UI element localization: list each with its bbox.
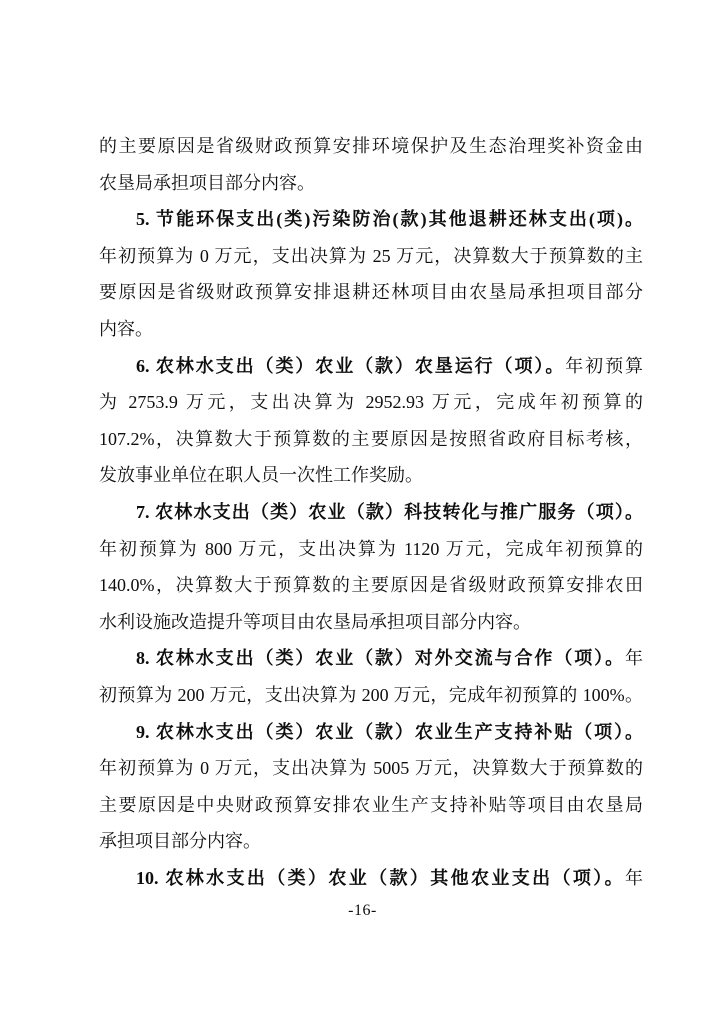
text-line: 年初预算为 800 万元，支出决算为 1120 万元，完成年初预算的 (99, 531, 643, 568)
body-text: 农垦局承担项目部分内容。 (99, 173, 315, 193)
text-line: 水利设施改造提升等项目由农垦局承担项目部分内容。 (99, 604, 643, 641)
body-text: 水利设施改造提升等项目由农垦局承担项目部分内容。 (99, 612, 531, 632)
text-line: 初预算为 200 万元，支出决算为 200 万元，完成年初预算的 100%。 (99, 677, 643, 714)
section-heading-text: 9. 农林水支出（类）农业（款）农业生产支持补贴（项）。 (136, 722, 643, 742)
body-text: 年初预算为 0 万元，支出决算为 25 万元，决算数大于预算数的主 (99, 246, 643, 266)
body-text: 发放事业单位在职人员一次性工作奖励。 (99, 465, 423, 485)
page-footer: -16- (0, 899, 725, 923)
body-text: 为 2753.9 万元，支出决算为 2952.93 万元，完成年初预算的 (99, 392, 643, 412)
text-line: 内容。 (99, 311, 643, 348)
text-line-item-8: 8. 农林水支出（类）农业（款）对外交流与合作（项）。年 (99, 640, 643, 677)
text-line: 要原因是省级财政预算安排退耕还林项目由农垦局承担项目部分 (99, 274, 643, 311)
text-line: 140.0%，决算数大于预算数的主要原因是省级财政预算安排农田 (99, 567, 643, 604)
text-line: 年初预算为 0 万元，支出决算为 5005 万元，决算数大于预算数的 (99, 750, 643, 787)
body-text: 年初预算为 0 万元，支出决算为 5005 万元，决算数大于预算数的 (99, 758, 643, 778)
text-line: 为 2753.9 万元，支出决算为 2952.93 万元，完成年初预算的 (99, 384, 643, 421)
text-line: 的主要原因是省级财政预算安排环境保护及生态治理奖补资金由 (99, 128, 643, 165)
body-text: 107.2%，决算数大于预算数的主要原因是按照省政府目标考核， (99, 429, 643, 449)
document-page: 的主要原因是省级财政预算安排环境保护及生态治理奖补资金由农垦局承担项目部分内容。… (0, 0, 725, 1024)
body-text: 初预算为 200 万元，支出决算为 200 万元，完成年初预算的 100%。 (99, 685, 643, 705)
document-body: 的主要原因是省级财政预算安排环境保护及生态治理奖补资金由农垦局承担项目部分内容。… (99, 128, 643, 896)
body-text: 年初预算为 800 万元，支出决算为 1120 万元，完成年初预算的 (99, 539, 643, 559)
text-line: 发放事业单位在职人员一次性工作奖励。 (99, 457, 643, 494)
body-text: 主要原因是中央财政预算安排农业生产支持补贴等项目由农垦局 (99, 795, 643, 815)
text-line: 主要原因是中央财政预算安排农业生产支持补贴等项目由农垦局 (99, 787, 643, 824)
body-text: 内容。 (99, 319, 153, 339)
body-text: 年 (625, 868, 643, 888)
section-heading-text: 5. 节能环保支出(类)污染防治(款)其他退耕还林支出(项)。 (136, 209, 643, 229)
text-line: 年初预算为 0 万元，支出决算为 25 万元，决算数大于预算数的主 (99, 238, 643, 275)
section-heading-text: 7. 农林水支出（类）农业（款）科技转化与推广服务（项）。 (136, 502, 643, 522)
text-line-item-9: 9. 农林水支出（类）农业（款）农业生产支持补贴（项）。 (99, 714, 643, 751)
text-line-item-10: 10. 农林水支出（类）农业（款）其他农业支出（项）。年 (99, 860, 643, 897)
body-text: 140.0%，决算数大于预算数的主要原因是省级财政预算安排农田 (99, 575, 643, 595)
section-heading-text: 6. 农林水支出（类）农业（款）农垦运行（项）。 (136, 356, 565, 376)
page-number: -16- (348, 902, 377, 919)
section-heading-text: 10. 农林水支出（类）农业（款）其他农业支出（项）。 (136, 868, 625, 888)
body-text: 年 (625, 648, 643, 668)
text-line-item-5: 5. 节能环保支出(类)污染防治(款)其他退耕还林支出(项)。 (99, 201, 643, 238)
section-heading-text: 8. 农林水支出（类）农业（款）对外交流与合作（项）。 (136, 648, 625, 668)
body-text: 要原因是省级财政预算安排退耕还林项目由农垦局承担项目部分 (99, 282, 643, 302)
body-text: 承担项目部分内容。 (99, 831, 261, 851)
text-line-item-6: 6. 农林水支出（类）农业（款）农垦运行（项）。年初预算 (99, 348, 643, 385)
text-line-item-7: 7. 农林水支出（类）农业（款）科技转化与推广服务（项）。 (99, 494, 643, 531)
body-text: 年初预算 (565, 356, 643, 376)
text-line: 承担项目部分内容。 (99, 823, 643, 860)
text-line: 107.2%，决算数大于预算数的主要原因是按照省政府目标考核， (99, 421, 643, 458)
text-line: 农垦局承担项目部分内容。 (99, 165, 643, 202)
body-text: 的主要原因是省级财政预算安排环境保护及生态治理奖补资金由 (99, 136, 643, 156)
